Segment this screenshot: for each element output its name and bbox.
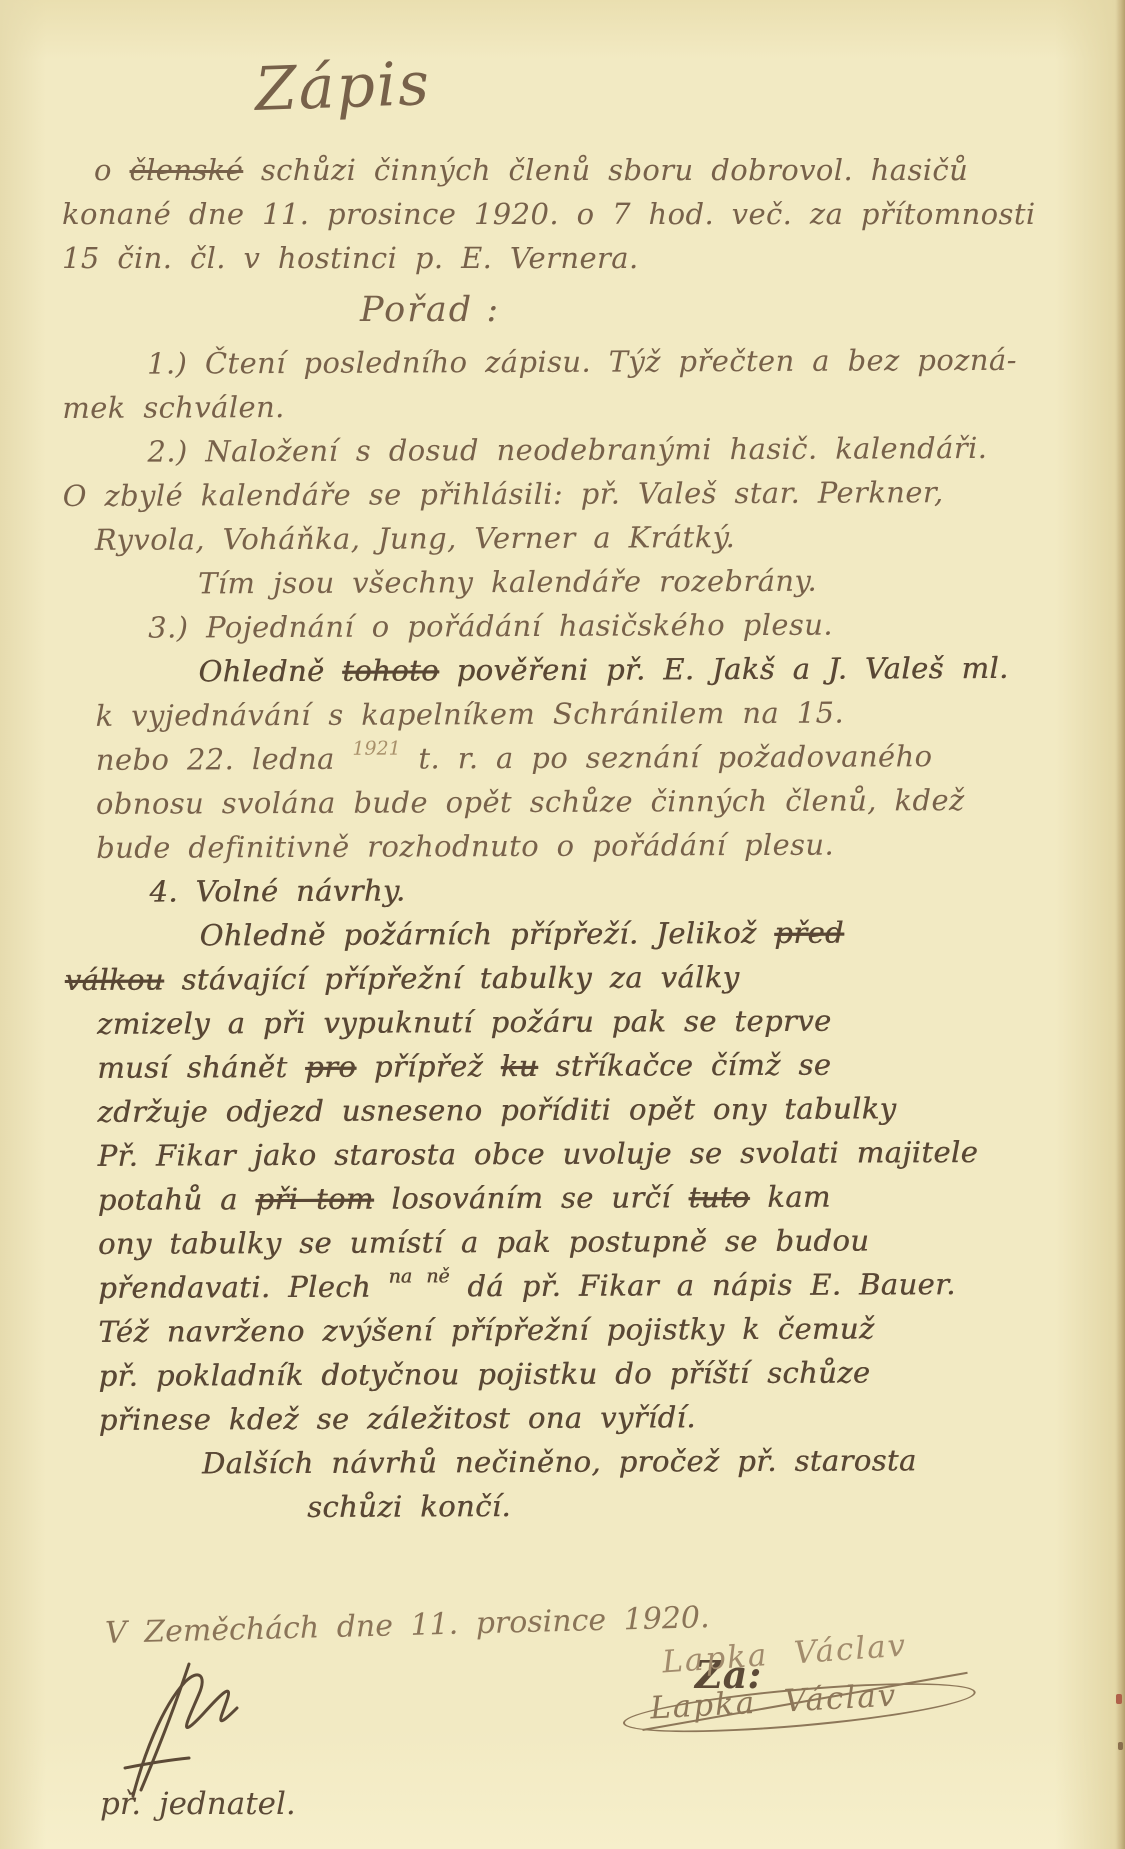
manuscript-line: mek schválen. (62, 381, 1125, 430)
text-segment: pověřeni př. E. Jakš a J. Valeš ml. (439, 651, 1009, 687)
text-segment: konané dne 11. prosince 1920. o 7 hod. v… (62, 197, 1036, 231)
signature-flourish (115, 1648, 345, 1798)
manuscript-line: 15 čin. čl. v hostinci p. E. Vernera. (62, 236, 1125, 280)
minutes-body: 1.) Čtení posledního zápisu. Týž přečten… (62, 337, 1125, 1530)
manuscript-line: o členské schůzi činných členů sboru dob… (94, 148, 1125, 192)
text-segment: 1.) Čtení posledního zápisu. Týž přečten… (147, 343, 1017, 381)
manuscript-line: musí shánět pro přípřež ku stříkačce čím… (97, 1041, 1125, 1089)
text-segment: Ohledně požárních přípřeží. Jelikož (200, 916, 775, 953)
manuscript-line: přendavati. Plech na ně dá př. Fikar a n… (98, 1261, 1125, 1309)
text-segment: přinese kdež se záležitost ona vyřídí. (99, 1400, 696, 1437)
manuscript-line: zdržuje odjezd usneseno poříditi opět on… (97, 1085, 1125, 1133)
inserted-text: 1921 (352, 727, 401, 771)
text-segment: k vyjednávání s kapelníkem Schránilem na… (96, 696, 845, 733)
struck-text: členské (129, 153, 243, 187)
text-segment: o (94, 153, 129, 187)
manuscript-line: 1.) Čtení posledního zápisu. Týž přečten… (147, 337, 1125, 385)
text-segment: stávající přípřežní tabulky za války (164, 960, 740, 997)
struck-text: před (774, 916, 844, 950)
manuscript-line: konané dne 11. prosince 1920. o 7 hod. v… (62, 192, 1125, 236)
manuscript-line: Ohledně požárních přípřeží. Jelikož před (199, 909, 1125, 957)
manuscript-line: 4. Volné návrhy. (149, 865, 1125, 913)
text-segment: nebo 22. ledna (96, 742, 353, 777)
signature-ink-struck: Lapka Václav (649, 1678, 898, 1727)
manuscript-line: obnosu svolána bude opět schůze činných … (96, 777, 1125, 825)
text-segment: ony tabulky se umístí a pak postupně se … (98, 1223, 869, 1260)
manuscript-line: Ohledně tohoto pověřeni př. E. Jakš a J.… (198, 645, 1125, 693)
text-segment: 15 čin. čl. v hostinci p. E. Vernera. (62, 241, 639, 275)
manuscript-line: válkou stávající přípřežní tabulky za vá… (65, 953, 1125, 1002)
agenda-heading: Pořad : (360, 290, 500, 330)
text-segment: Též navrženo zvýšení přípřežní pojistky … (98, 1311, 874, 1348)
text-segment: t. r. a po seznání požadovaného (401, 739, 933, 775)
text-segment: stříkačce čímž se (538, 1048, 832, 1083)
manuscript-line: ony tabulky se umístí a pak postupně se … (98, 1217, 1125, 1265)
struck-text: pro (305, 1050, 356, 1084)
text-segment: bude definitivně rozhodnuto o pořádání p… (96, 828, 834, 865)
signature-pencil: Lapka Václav (661, 1627, 908, 1680)
text-segment: schůzi činných členů sboru dobrovol. has… (243, 153, 968, 187)
text-segment: mek schválen. (62, 390, 285, 425)
text-segment: obnosu svolána bude opět schůze činných … (96, 783, 965, 821)
text-segment: 4. Volné návrhy. (149, 874, 405, 909)
manuscript-page: Zápis o členské schůzi činných členů sbo… (0, 0, 1125, 1849)
manuscript-line: Též navrženo zvýšení přípřežní pojistky … (98, 1305, 1125, 1353)
struck-text: při tom (255, 1182, 373, 1217)
text-segment: musí shánět (97, 1050, 305, 1085)
text-segment: Ohledně (198, 654, 342, 689)
manuscript-line: zmizely a při vypuknutí požáru pak se te… (97, 997, 1125, 1045)
document-title: Zápis (254, 49, 432, 125)
text-segment: přendavati. Plech (98, 1270, 389, 1305)
manuscript-line: 2.) Naložení s dosud neodebranými hasič.… (147, 425, 1125, 473)
text-segment: Př. Fikar jako starosta obce uvoluje se … (97, 1135, 978, 1173)
place-date-line: V Zeměchách dne 11. prosince 1920. (105, 1600, 710, 1651)
text-segment: př. pokladník dotyčnou pojistku do příšt… (98, 1355, 870, 1392)
text-segment: O zbylé kalendáře se přihlásili: př. Val… (63, 475, 944, 513)
text-segment: Ryvola, Voháňka, Jung, Verner a Krátký. (95, 520, 735, 557)
inserted-text: na ně (388, 1254, 449, 1298)
text-segment: Tím jsou všechny kalendáře rozebrány. (198, 564, 817, 601)
manuscript-line: Př. Fikar jako starosta obce uvoluje se … (97, 1129, 1125, 1177)
text-segment: kam (749, 1180, 830, 1214)
manuscript-line: potahů a při tom losováním se určí tuto … (98, 1173, 1125, 1221)
text-segment: dá př. Fikar a nápis E. Bauer. (450, 1267, 956, 1303)
struck-text: válkou (65, 963, 164, 997)
text-segment: losováním se určí (374, 1180, 689, 1215)
edge-mark (1116, 1694, 1122, 1704)
manuscript-line: schůzi končí. (307, 1481, 1125, 1529)
manuscript-line: O zbylé kalendáře se přihlásili: př. Val… (63, 469, 1125, 518)
manuscript-line: Dalších návrhů nečiněno, pročež př. star… (202, 1437, 1125, 1485)
text-segment: přípřež (356, 1049, 501, 1084)
manuscript-line: Ryvola, Voháňka, Jung, Verner a Krátký. (95, 513, 1125, 561)
text-segment: zmizely a při vypuknutí požáru pak se te… (97, 1004, 832, 1041)
manuscript-line: 3.) Pojednání o pořádání hasičského ples… (148, 601, 1125, 649)
intro-paragraph: o členské schůzi činných členů sboru dob… (62, 148, 1125, 280)
manuscript-line: k vyjednávání s kapelníkem Schránilem na… (96, 689, 1125, 737)
manuscript-line: Tím jsou všechny kalendáře rozebrány. (198, 557, 1125, 605)
manuscript-line: př. pokladník dotyčnou pojistku do příšt… (98, 1349, 1125, 1397)
struck-text: ku (501, 1049, 538, 1083)
text-segment: 2.) Naložení s dosud neodebranými hasič.… (147, 431, 987, 469)
text-segment: zdržuje odjezd usneseno poříditi opět on… (97, 1091, 896, 1128)
text-segment: schůzi končí. (307, 1489, 511, 1524)
manuscript-line: nebo 22. ledna 1921 t. r. a po seznání p… (96, 733, 1125, 781)
text-segment: Dalších návrhů nečiněno, pročež př. star… (202, 1443, 917, 1480)
manuscript-line: bude definitivně rozhodnuto o pořádání p… (96, 821, 1125, 869)
edge-mark (1118, 1742, 1123, 1750)
manuscript-line: přinese kdež se záležitost ona vyřídí. (99, 1393, 1125, 1441)
struck-text: tuto (688, 1180, 749, 1214)
text-segment: 3.) Pojednání o pořádání hasičského ples… (148, 608, 833, 645)
text-segment: potahů a (98, 1182, 256, 1217)
struck-text: tohoto (342, 653, 439, 687)
